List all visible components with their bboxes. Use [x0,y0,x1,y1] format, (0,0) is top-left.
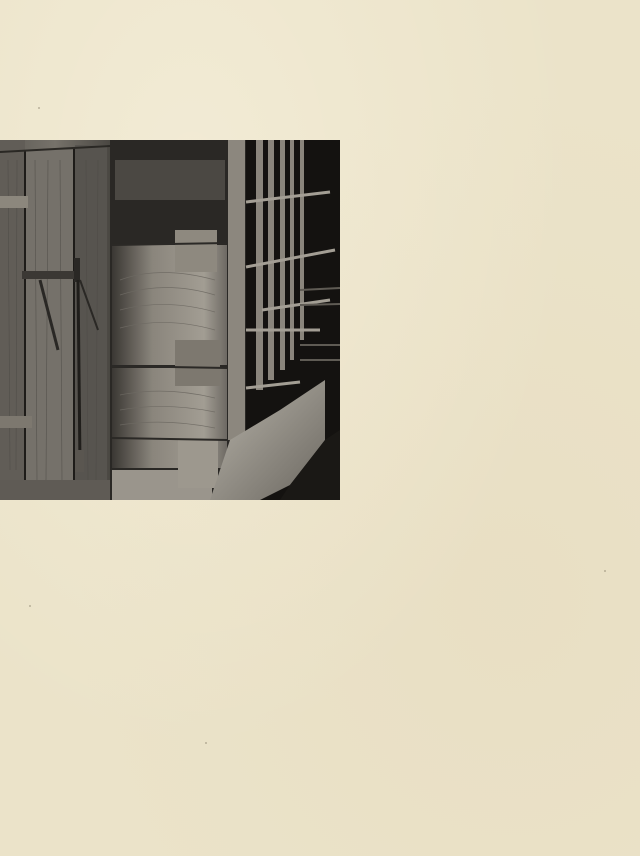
paper-speck [29,605,31,607]
wooden-door [0,140,120,500]
photo-artwork [0,140,340,500]
paper-speck [38,107,40,109]
wooden-post [228,140,246,440]
paper-speck [205,742,207,744]
photograph-plate [0,140,340,500]
book-page [0,0,640,856]
log-cabin-corner [110,140,230,500]
paper-speck [604,570,606,572]
